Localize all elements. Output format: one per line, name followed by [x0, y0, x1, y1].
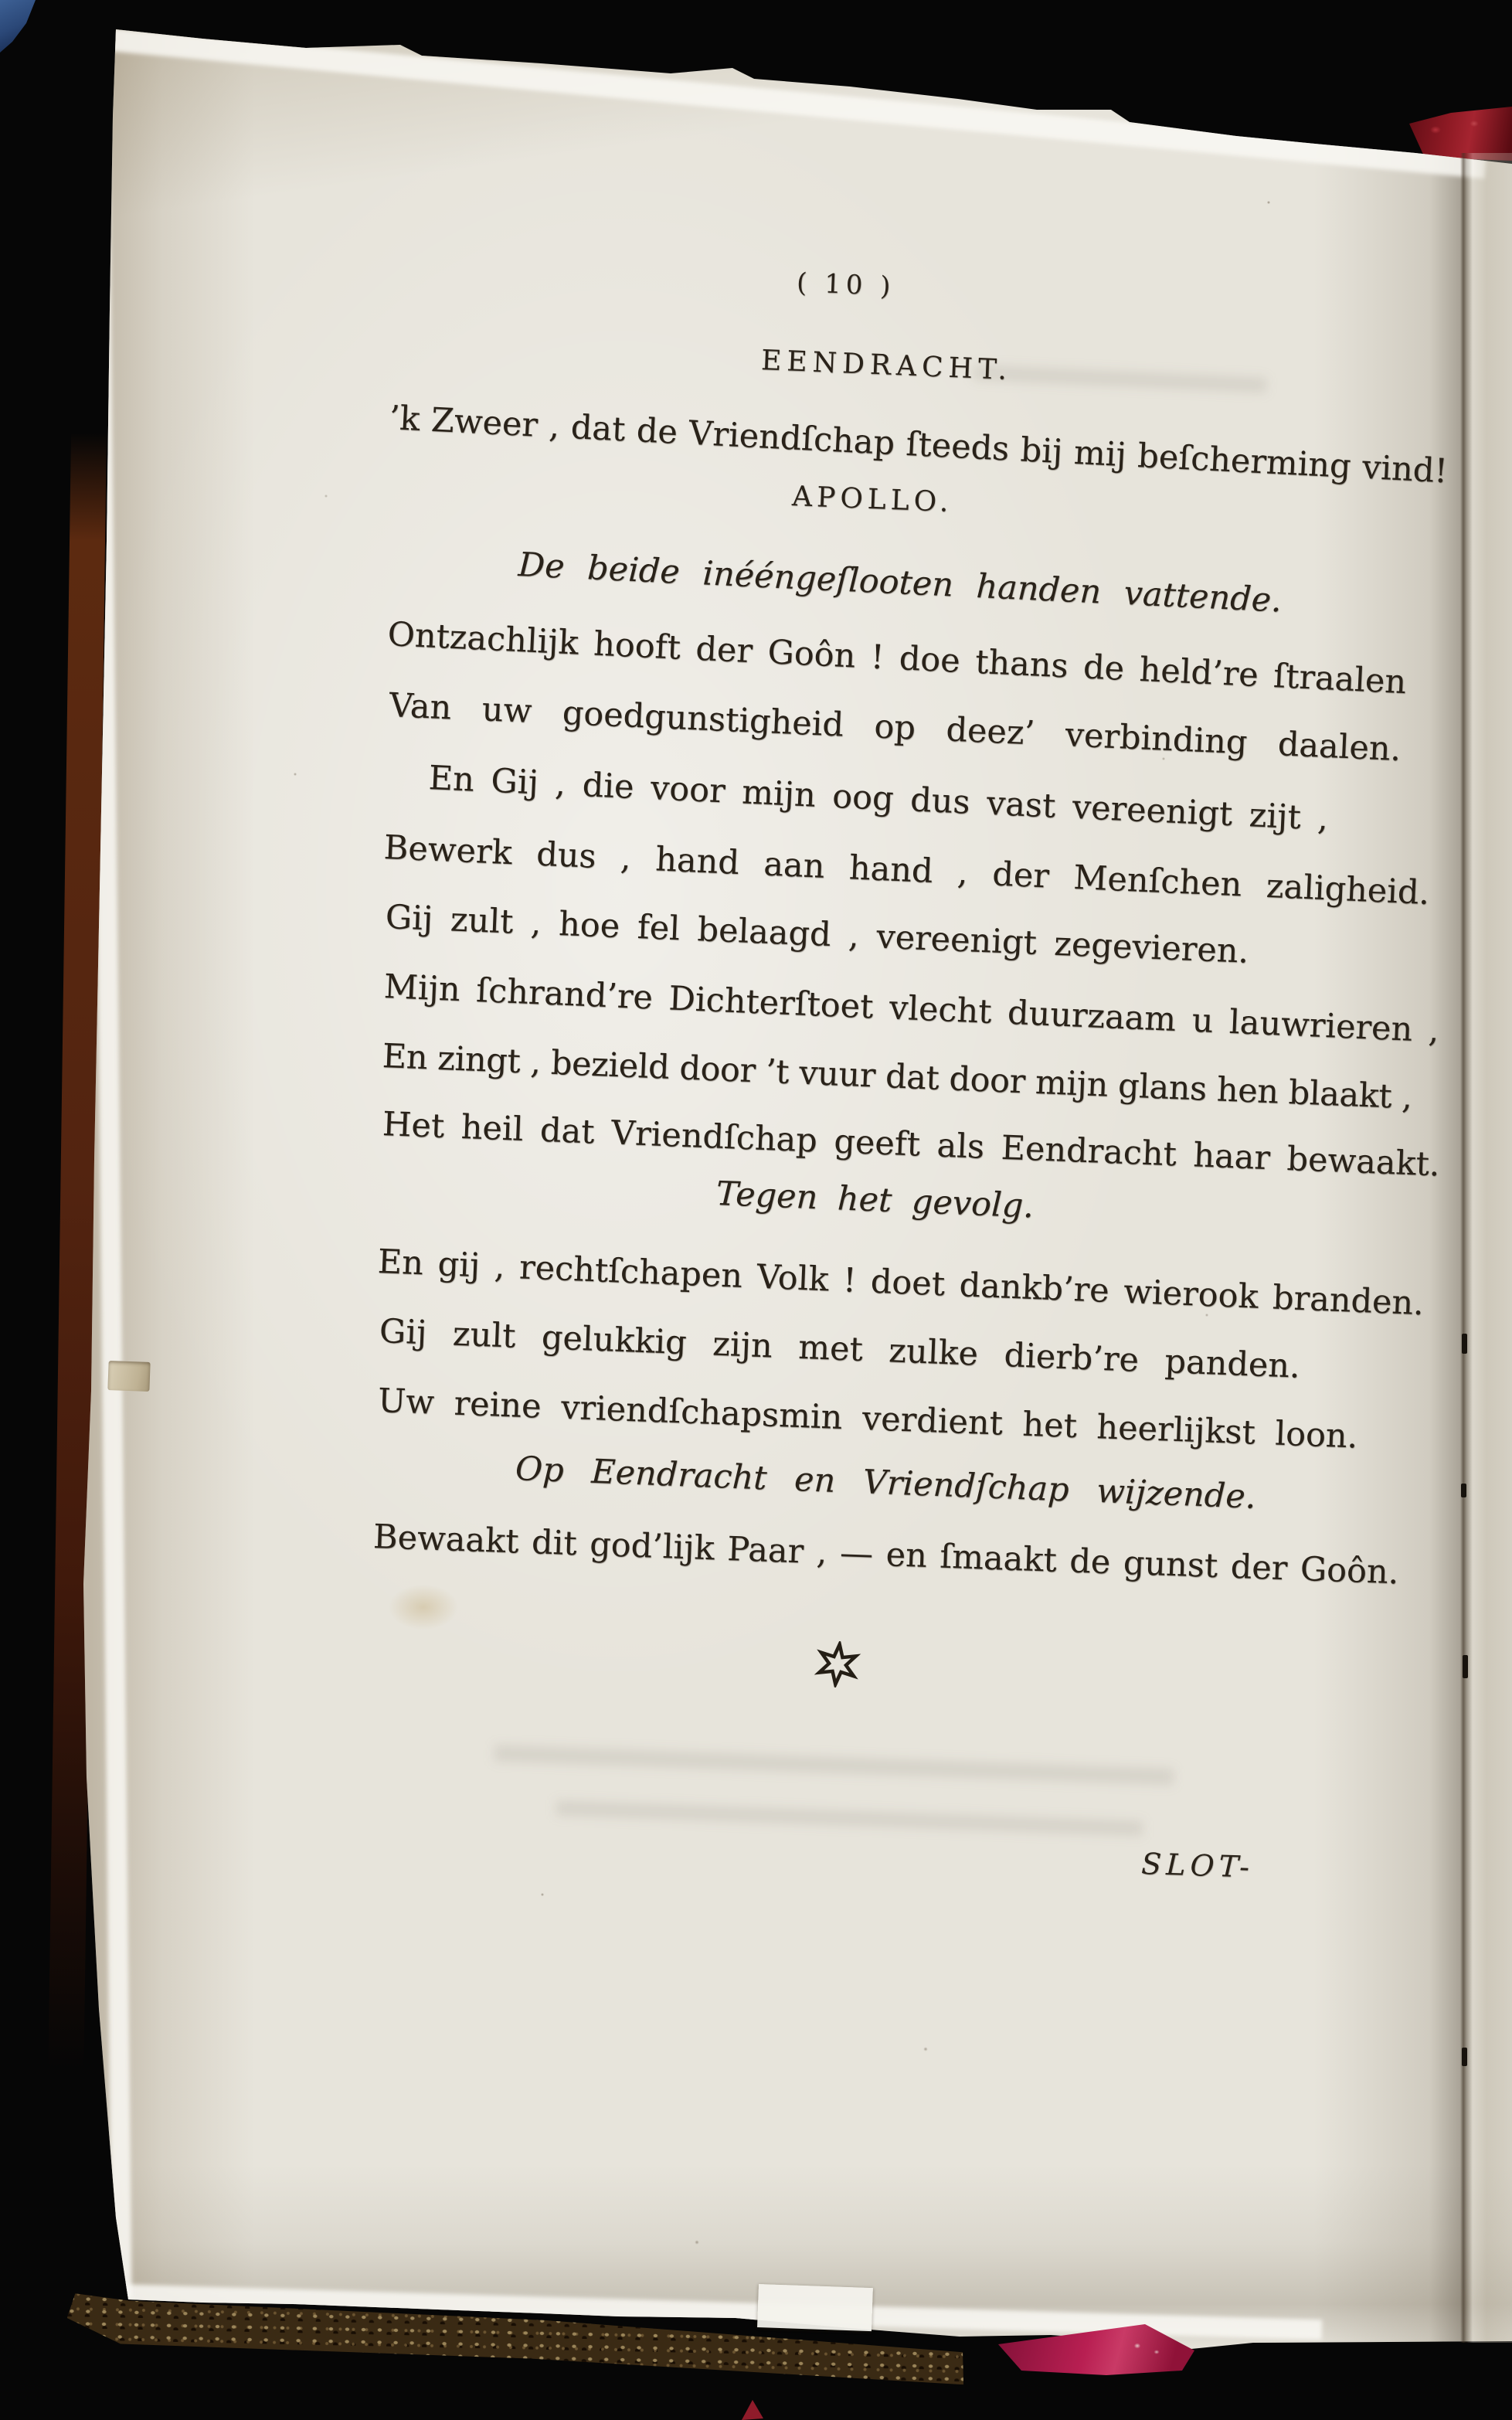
blue-cloth-fragment [0, 0, 40, 56]
deckle-edge-left [88, 34, 132, 2298]
verse-line: Uw reine vriendſchapsmin verdient het he… [377, 1382, 1358, 1456]
binding-notch [107, 1361, 150, 1392]
verse-line: Ontzachlijk hooft der Goôn ! doe thans d… [387, 615, 1408, 702]
verse-line: Van uw goedgunstigheid op deez’ verbindi… [389, 686, 1402, 769]
catchword: SLOT- [1141, 1847, 1255, 1885]
binding-stitch [1462, 1334, 1467, 1354]
page-fold-crease [1460, 153, 1512, 2343]
verse-line: Het heil dat Vriendſchap geeft als Eendr… [382, 1105, 1440, 1185]
stage-direction: Tegen het gevolg. [715, 1174, 1035, 1225]
deckle-edge-top [107, 28, 1487, 178]
verse-line: Bewerk dus , hand aan hand , der Menſche… [383, 828, 1430, 913]
verse-line: Gij zult , hoe fel belaagd , vereenigt z… [385, 898, 1249, 971]
show-through-text [556, 1800, 1143, 1837]
photo-stage: ( 10 ) EENDRACHT. ’k Zweer , dat de Vrie… [0, 0, 1512, 2420]
speaker-heading-eendracht: EENDRACHT. [760, 345, 1013, 386]
stage-direction: De beide inééngeſlooten handen vattende. [518, 546, 1283, 620]
book-page: ( 10 ) EENDRACHT. ’k Zweer , dat de Vrie… [0, 0, 1512, 2420]
verse-line: En gij , rechtſchapen Volk ! doet dankb’… [377, 1242, 1425, 1323]
verse-line: En zingt , bezield door ’t vuur dat door… [382, 1037, 1413, 1117]
stage-direction: Op Eendracht en Vriendſchap wijzende. [515, 1450, 1256, 1517]
red-cover-fragment [742, 2400, 763, 2420]
binding-stitch [1462, 2048, 1467, 2066]
verse-line: Mijn ſchrand’re Dichterſtoet vlecht duur… [383, 967, 1440, 1050]
verse-line: En Gij , die voor mijn oog dus vast vere… [428, 759, 1330, 838]
binding-stitch [1461, 1484, 1466, 1497]
show-through-text [494, 1745, 1174, 1786]
verse-line: Gij zult gelukkig zijn met zulke dierb’r… [379, 1312, 1301, 1386]
page-number: ( 10 ) [796, 267, 895, 302]
show-through-text [973, 365, 1267, 393]
verse-line: ’k Zweer , dat de Vriendſchap ſteeds bij… [388, 399, 1448, 491]
binding-stitch [1463, 1655, 1468, 1678]
speaker-heading-apollo: APOLLO. [791, 481, 953, 518]
verse-line: Bewaakt dit god’lijk Paar , — en ſmaakt … [372, 1518, 1399, 1592]
white-label [757, 2284, 873, 2331]
star-ornament-icon [812, 1639, 863, 1690]
